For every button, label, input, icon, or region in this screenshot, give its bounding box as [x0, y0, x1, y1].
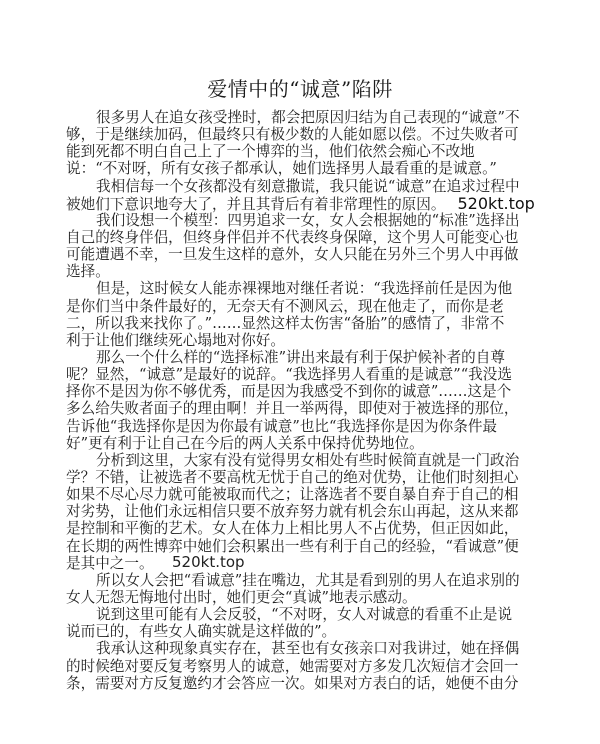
text-line: 学？不错，让被选者不要高枕无忧于自己的绝对优势，让他们时刻担心 [66, 469, 536, 486]
text-line: 分析到这里，大家有没有觉得男女相处有些时候简直就是一门政治 [66, 452, 536, 469]
text-line: 说而已的，有些女人确实就是这样做的”。 [66, 623, 536, 640]
text-line: 说到这里可能有人会反驳，“不对呀，女人对诚意的看重不止是说 [66, 606, 536, 623]
article-body: 很多男人在追女孩受挫时，都会把原因归结为自己表现的“诚意”不 够，于是继续加码，… [66, 109, 536, 692]
watermark-overlay: 520kt.top [172, 553, 245, 571]
text-line: 但是，这时候女人能赤裸裸地对继任者说：“我选择前任是因为他 [66, 280, 536, 297]
text-line: 选择。 [66, 263, 536, 280]
text-line: 是你们当中条件最好的，无奈天有不测风云，现在他走了，而你是老 [66, 298, 536, 315]
text-line: 择你不是因为你不够优秀，而是因为我感受不到你的诚意”……这是个 [66, 383, 536, 400]
text-line: 利于让他们继续死心塌地对你好。 [66, 332, 536, 349]
text-line: 我相信每一个女孩都没有刻意撒谎，我只能说“诚意”在追求过程中 [66, 178, 536, 195]
text-line: 的时候绝对要反复考察男人的诚意，她需要对方多发几次短信才会回一 [66, 658, 536, 675]
text-line: 可能遭遇不幸，一旦发生这样的意外，女人只能在另外三个男人中再做 [66, 246, 536, 263]
document-page: 爱情中的“诚意”陷阱 很多男人在追女孩受挫时，都会把原因归结为自己表现的“诚意”… [0, 0, 600, 744]
text-line: 那么一个什么样的“选择标准”讲出来最有利于保护候补者的自尊 [66, 349, 536, 366]
text-line: 呢？显然，“诚意”是最好的说辞。“我选择男人看重的是诚意”“我没选 [66, 366, 536, 383]
text-line: 说：“不对呀，所有女孩子都承认，她们选择男人最看重的是诚意。” [66, 160, 536, 177]
text-line: 被她们下意识地夸大了，并且其背后有着非常理性的原因。520kt.top [66, 195, 536, 212]
text-line: 是控制和平衡的艺术。女人在体力上相比男人不占优势，但正因如此， [66, 520, 536, 537]
text-line: 对劣势，让他们永远相信只要不放弃努力就有机会东山再起，这从来都 [66, 503, 536, 520]
text-line: 是其中之一。 [66, 555, 536, 572]
text-line: 够，于是继续加码，但最终只有极少数的人能如愿以偿。不过失败者可 [66, 126, 536, 143]
text-line: 条，需要对方反复邀约才会答应一次。如果对方表白的话，她便不由分 [66, 675, 536, 692]
text-line: 二，所以我来找你了。”……显然这样太伤害“备胎”的感情了，非常不 [66, 315, 536, 332]
article-title: 爱情中的“诚意”陷阱 [0, 76, 600, 102]
text-line: 我们设想一个模型：四男追求一女，女人会根据她的“标准”选择出 [66, 212, 536, 229]
text-line: 在长期的两性博弈中她们会积累出一些有利于自己的经验，“看诚意”便 [66, 538, 536, 555]
text-line: 自己的终身伴侣，但终身伴侣并不代表终身保障，这个男人可能变心也 [66, 229, 536, 246]
text-line: 我承认这种现象真实存在，甚至也有女孩亲口对我讲过，她在择偶 [66, 640, 536, 657]
text-line: 女人无怨无悔地付出时，她们更会“真诚”地表示感动。 [66, 589, 536, 606]
text-line: 能到死都不明白自己上了一个博弈的当，他们依然会痴心不改地 [66, 143, 536, 160]
text-line: 告诉他“我选择你是因为你最有诚意”也比“我选择你是因为你条件最 [66, 418, 536, 435]
watermark-text: 520kt.top [457, 194, 534, 213]
text-line: 所以女人会把“看诚意”挂在嘴边，尤其是看到别的男人在追求别的 [66, 572, 536, 589]
text-line: 很多男人在追女孩受挫时，都会把原因归结为自己表现的“诚意”不 [66, 109, 536, 126]
text-line: 如果不尽心尽力就可能被取而代之；让落选者不要自暴自弃于自己的相 [66, 486, 536, 503]
text-line: 好”更有利于让自己在今后的两人关系中保持优势地位。 [66, 435, 536, 452]
text-line: 多么给失败者面子的理由啊！并且一举两得，即使对于被选择的那位， [66, 400, 536, 417]
